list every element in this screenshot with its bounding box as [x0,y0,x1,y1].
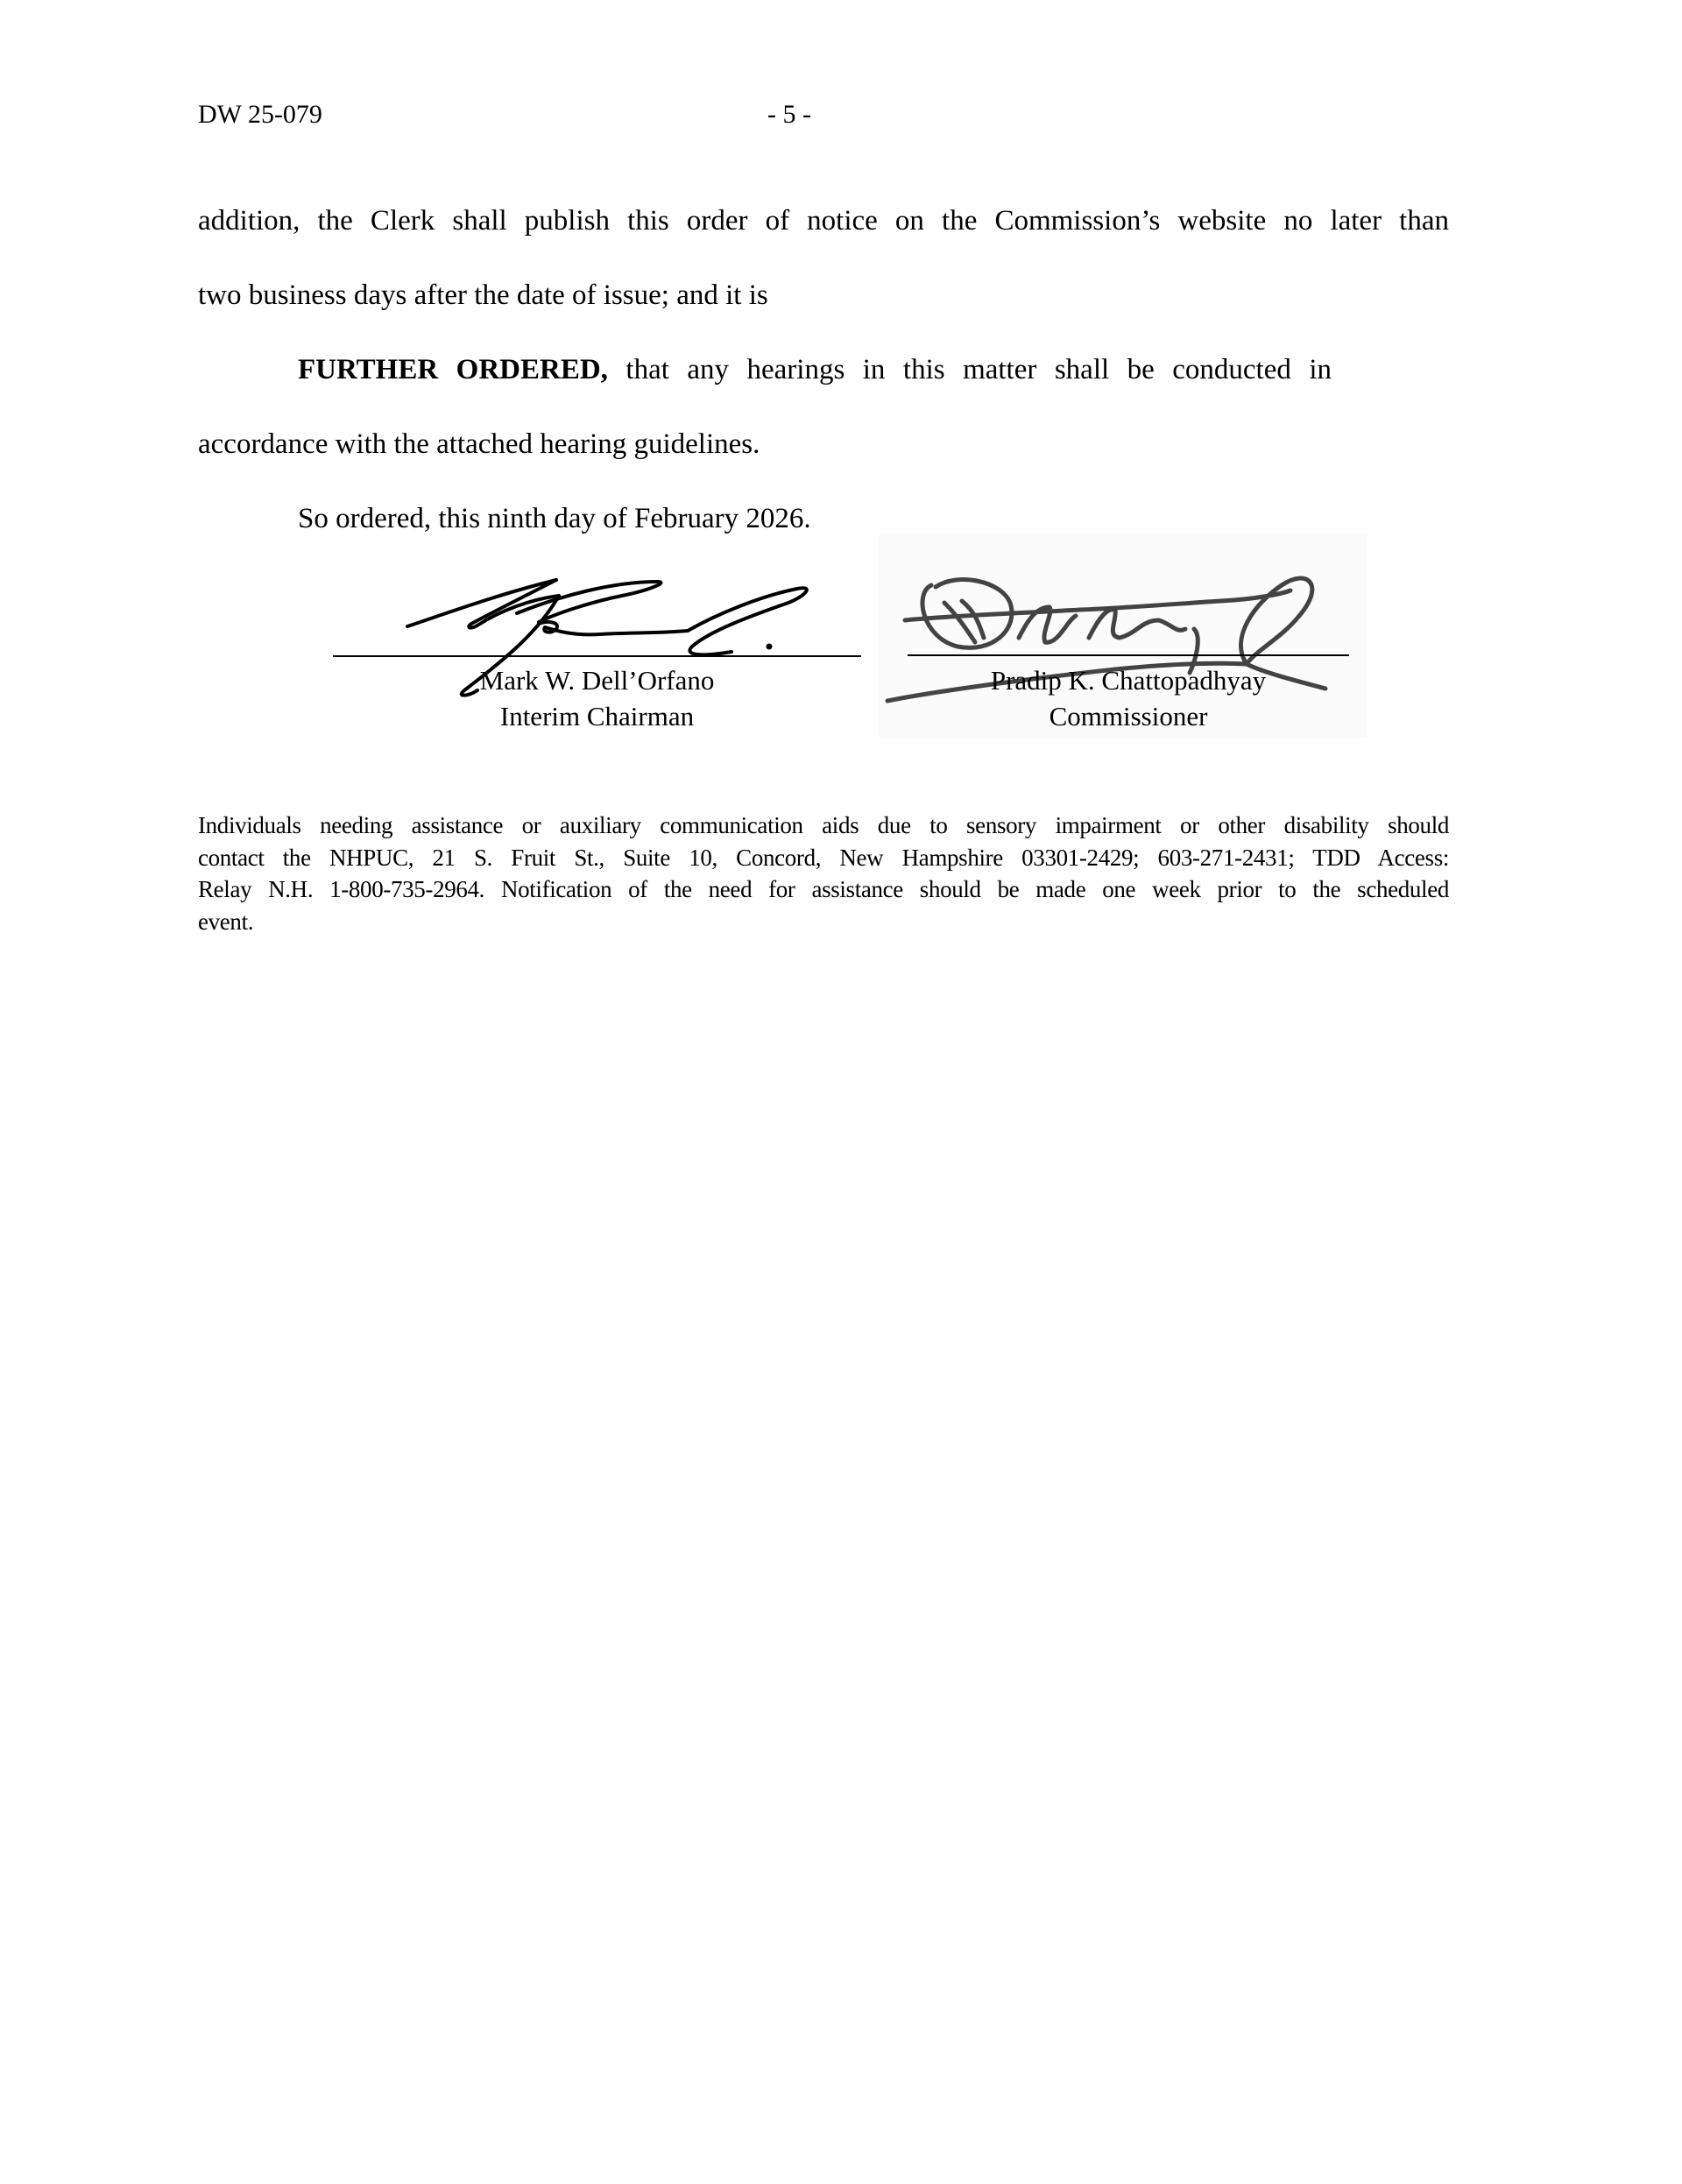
body-line: accordance with the attached hearing gui… [198,430,760,459]
body-line: addition, the Clerk shall publish this o… [198,207,1449,236]
notice-line: Relay N.H. 1-800-735-2964. Notification … [198,873,1449,906]
notice-line: event. [198,906,1449,938]
notice-line: Individuals needing assistance or auxili… [198,809,1449,842]
accessibility-notice: Individuals needing assistance or auxili… [198,809,1449,937]
signatory-name: Pradip K. Chattopadhyay [908,662,1349,698]
further-ordered-paragraph: FURTHER ORDERED, that any hearings in th… [298,356,1332,385]
signature-line [908,654,1349,656]
further-ordered-text: that any hearings in this matter shall b… [608,354,1332,385]
signatory-title: Interim Chairman [333,698,861,734]
signatory-block: Pradip K. Chattopadhyay Commissioner [908,662,1349,734]
signatory-title: Commissioner [908,698,1349,734]
docket-number: DW 25-079 [198,102,322,128]
further-ordered-label: FURTHER ORDERED, [298,354,608,385]
signature-line [333,655,861,657]
so-ordered-line: So ordered, this ninth day of February 2… [298,505,811,534]
page-number: - 5 - [767,102,811,128]
body-line: two business days after the date of issu… [198,281,768,310]
notice-line: contact the NHPUC, 21 S. Fruit St., Suit… [198,842,1449,874]
document-page: DW 25-079 - 5 - addition, the Clerk shal… [0,0,1682,2184]
signatory-block: Mark W. Dell’Orfano Interim Chairman [333,662,861,734]
signatory-name: Mark W. Dell’Orfano [333,662,861,698]
